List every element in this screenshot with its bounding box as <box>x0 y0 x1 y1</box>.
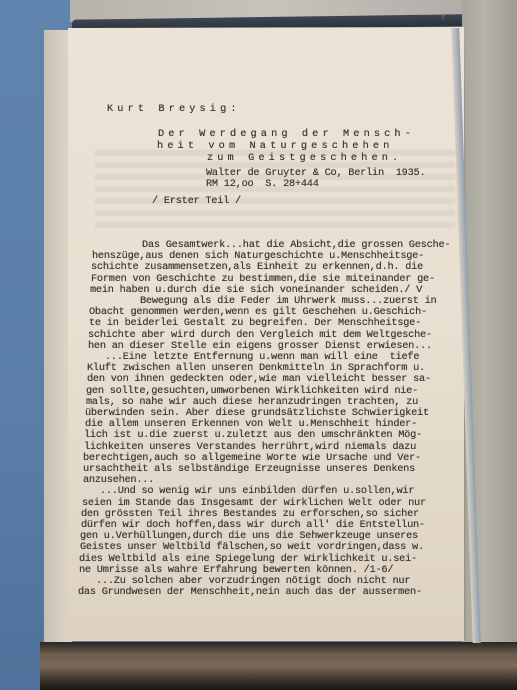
body-line: den von ihnen gedeckten oder,wie man vie… <box>87 373 431 385</box>
body-line: lichkeiten unseres Verstandes herrührt,w… <box>84 441 416 453</box>
body-line: schichte zusammensetzen,als Einheit zu e… <box>91 261 423 273</box>
title-line-2: heit vom Naturgeschehen <box>157 140 393 152</box>
body-line: te in beiderlei Gestalt zu begreifen. De… <box>89 317 421 329</box>
body-line: hen an dieser Stelle ein eigens grosser … <box>88 340 432 352</box>
body-line: ...Und so wenig wir uns einbilden dürfen… <box>100 485 414 497</box>
body-line: mals, so nahe wir auch diese heranzudrin… <box>86 396 418 408</box>
body-line: mein haben u.durch die sie sich voneinan… <box>90 284 422 296</box>
body-line: dies Weltbild als eine Spiegelung der Wi… <box>79 553 417 565</box>
title-line-1: Der Werdegang der Mensch- <box>158 128 415 140</box>
body-line: ne Umrisse als wahre Erfahrung bewerten … <box>79 564 393 576</box>
body-line: schichte aber wird durch den Vergleich m… <box>88 329 432 341</box>
title-line-3: zum Geistgeschehen. <box>207 152 402 164</box>
body-line: lich ist u.die zuerst u.zuletzt aus den … <box>84 429 422 441</box>
price-pages-line: RM 12,oo S. 28+444 <box>206 178 319 190</box>
page-text: Kurt Breysig: Der Werdegang der Mensch- … <box>0 0 517 690</box>
body-line: den grössten Teil ihres Bestandes zu erf… <box>81 508 419 520</box>
body-line: gen sollte,gesuchten,umworbenen Wirklich… <box>86 385 418 397</box>
body-line: das Grundwesen der Menschheit,nein auch … <box>78 586 422 598</box>
body-line: seien im Stande das Insgesamt der wirkli… <box>82 497 426 509</box>
body-line: Formen von Geschichte zu bestimmen,die s… <box>91 273 435 285</box>
body-line: Geistes unser Weltbild fälschen,so weit … <box>80 541 424 553</box>
section-heading: / Erster Teil / <box>152 195 241 207</box>
body-line: berechtigen,auch so allgemeine Worte wie… <box>83 452 421 464</box>
author-heading: Kurt Breysig: <box>107 103 241 115</box>
